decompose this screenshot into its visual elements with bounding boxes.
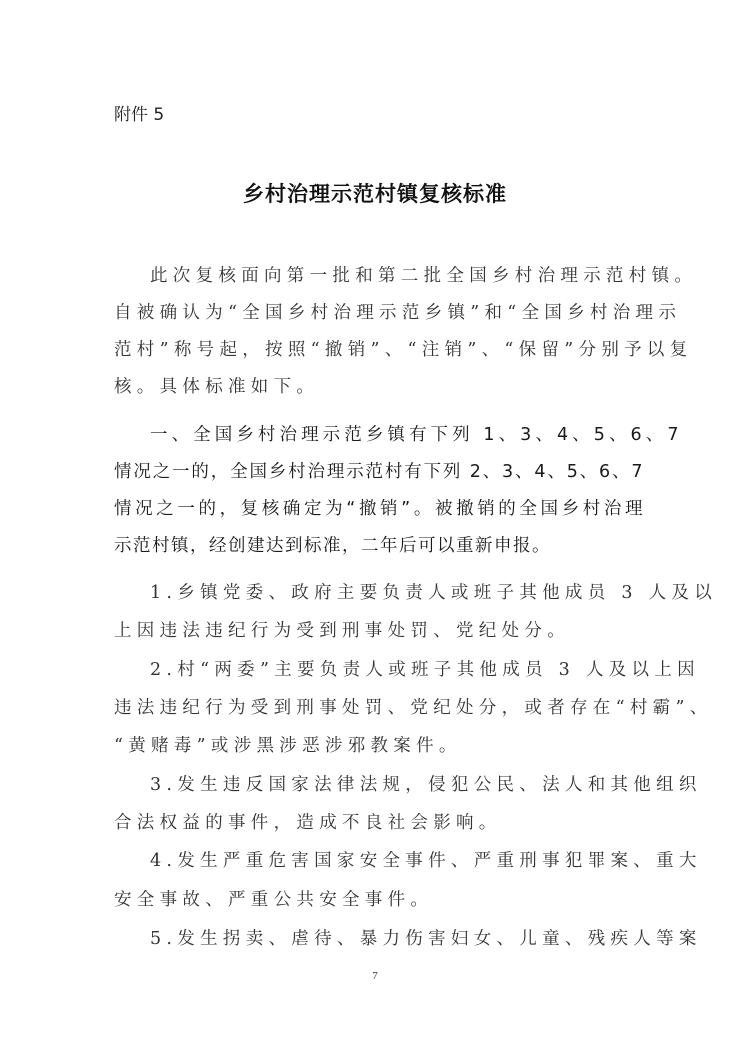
item-4-line-1: 4.发生严重危害国家安全事件、严重刑事犯罪案、重大 bbox=[114, 847, 680, 872]
document-title: 乡村治理示范村镇复核标准 bbox=[0, 178, 750, 208]
item-2-line-3: “黄赌毒”或涉黑涉恶涉邪教案件。 bbox=[114, 732, 644, 757]
item-3-line-2: 合法权益的事件，造成不良社会影响。 bbox=[114, 809, 644, 834]
item-2-line-1: 2.村“两委”主要负责人或班子其他成员 3 人及以上因 bbox=[114, 656, 680, 681]
intro-paragraph-line-3: 范村”称号起，按照“撤销”、“注销”、“保留”分别予以复 bbox=[114, 336, 644, 361]
section-one-line-3: 情况之一的，复核确定为“撤销”。被撤销的全国乡村治理 bbox=[114, 495, 644, 520]
intro-paragraph-line-2: 自被确认为“全国乡村治理示范乡镇”和“全国乡村治理示 bbox=[114, 299, 644, 324]
intro-paragraph-line-4: 核。具体标准如下。 bbox=[114, 373, 644, 398]
item-2-line-2: 违法违纪行为受到刑事处罚、党纪处分，或者存在“村霸”、 bbox=[114, 694, 644, 719]
section-one-line-1: 一、全国乡村治理示范乡镇有下列 1、3、4、5、6、7 bbox=[114, 421, 680, 446]
page-number: 7 bbox=[0, 970, 750, 982]
section-one-line-2: 情况之一的，全国乡村治理示范村有下列 2、3、4、5、6、7 bbox=[114, 458, 644, 483]
intro-paragraph-line-1: 此次复核面向第一批和第二批全国乡村治理示范村镇。 bbox=[114, 262, 680, 287]
attachment-label: 附件 5 bbox=[114, 100, 164, 125]
document-page: 附件 5 乡村治理示范村镇复核标准 此次复核面向第一批和第二批全国乡村治理示范村… bbox=[0, 0, 750, 1060]
item-1-line-2: 上因违法违纪行为受到刑事处罚、党纪处分。 bbox=[114, 617, 644, 642]
item-4-line-2: 安全事故、严重公共安全事件。 bbox=[114, 886, 644, 911]
item-5-line-1: 5.发生拐卖、虐待、暴力伤害妇女、儿童、残疾人等案 bbox=[114, 925, 680, 950]
item-1-line-1: 1.乡镇党委、政府主要负责人或班子其他成员 3 人及以 bbox=[114, 579, 680, 604]
section-one-line-4: 示范村镇，经创建达到标准，二年后可以重新申报。 bbox=[114, 532, 644, 557]
item-3-line-1: 3.发生违反国家法律法规，侵犯公民、法人和其他组织 bbox=[114, 771, 680, 796]
